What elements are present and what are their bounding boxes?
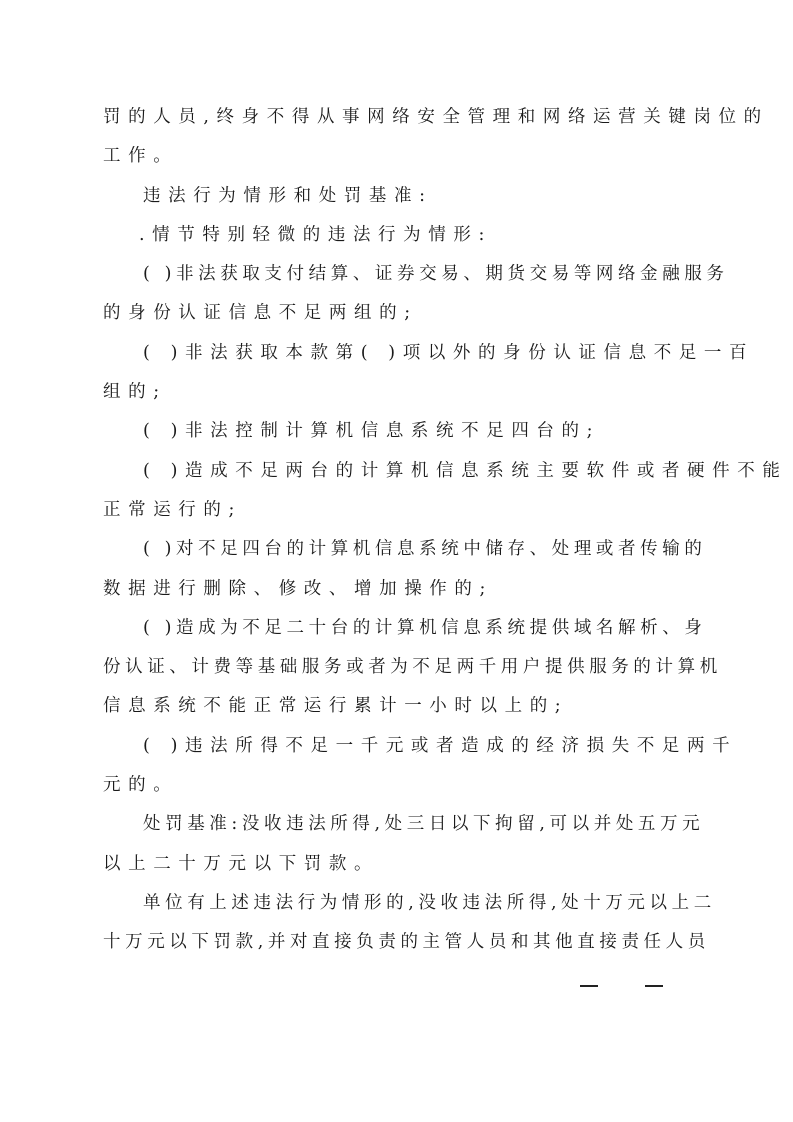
body-line: 以上二十万元以下罚款。 xyxy=(103,845,693,884)
penalty-line: 处罚基准:没收违法所得,处三日以下拘留,可以并处五万元 xyxy=(103,805,693,844)
page-marker-dash-right xyxy=(645,985,663,987)
body-line: 的身份认证信息不足两组的; xyxy=(103,294,693,333)
body-line: 组的; xyxy=(103,373,693,412)
body-line: 份认证、计费等基础服务或者为不足两千用户提供服务的计算机 xyxy=(103,648,693,687)
list-item-line: ( )非法获取本款第( )项以外的身份认证信息不足一百 xyxy=(103,334,693,373)
body-line: 罚的人员,终身不得从事网络安全管理和网络运营关键岗位的 xyxy=(103,98,693,137)
body-line: 单位有上述违法行为情形的,没收违法所得,处十万元以上二 xyxy=(103,884,693,923)
list-item-line: ( )对不足四台的计算机信息系统中储存、处理或者传输的 xyxy=(103,530,693,569)
body-line: 元的。 xyxy=(103,766,693,805)
list-item-line: ( )违法所得不足一千元或者造成的经济损失不足两千 xyxy=(103,727,693,766)
list-item-line: ( )非法控制计算机信息系统不足四台的; xyxy=(103,412,693,451)
document-page: 罚的人员,终身不得从事网络安全管理和网络运营关键岗位的 工作。 违法行为情形和处… xyxy=(103,98,693,963)
body-line: 工作。 xyxy=(103,137,693,176)
subsection-heading: .情节特别轻微的违法行为情形: xyxy=(103,216,693,255)
page-footer xyxy=(0,985,793,989)
list-item-line: ( )造成为不足二十台的计算机信息系统提供域名解析、身 xyxy=(103,609,693,648)
body-line: 正常运行的; xyxy=(103,491,693,530)
body-line: 信息系统不能正常运行累计一小时以上的; xyxy=(103,687,693,726)
body-line: 十万元以下罚款,并对直接负责的主管人员和其他直接责任人员 xyxy=(103,923,693,962)
section-heading: 违法行为情形和处罚基准: xyxy=(103,177,693,216)
body-line: 数据进行删除、修改、增加操作的; xyxy=(103,570,693,609)
list-item-line: ( )造成不足两台的计算机信息系统主要软件或者硬件不能 xyxy=(103,452,693,491)
page-marker-dash-left xyxy=(580,985,598,987)
list-item-line: ( )非法获取支付结算、证券交易、期货交易等网络金融服务 xyxy=(103,255,693,294)
